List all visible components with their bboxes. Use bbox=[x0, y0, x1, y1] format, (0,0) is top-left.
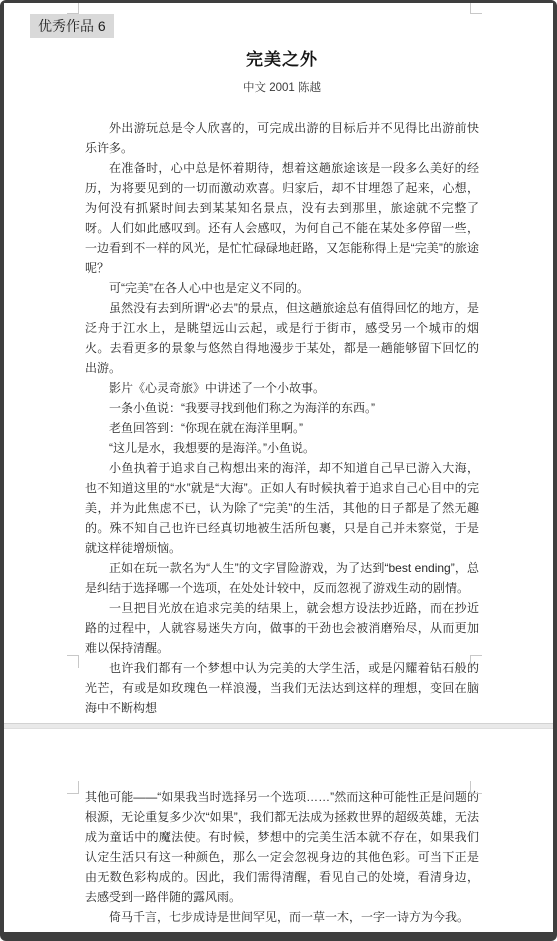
paragraph: “这儿是水，我想要的是海洋。”小鱼说。 bbox=[85, 438, 479, 458]
paragraph: 一条小鱼说：“我要寻找到他们称之为海洋的东西。” bbox=[85, 398, 479, 418]
paragraph: 一旦把目光放在追求完美的结果上，就会想方设法抄近路，而在抄近路的过程中，人就容易… bbox=[85, 598, 479, 658]
paragraph: 倚马千言，七步成诗是世间罕见，而一草一木，一字一诗方为今我。 bbox=[85, 907, 479, 927]
paragraph: 可“完美”在各人心中也是定义不同的。 bbox=[85, 278, 479, 298]
header-tag-row: 优秀作品 6 bbox=[30, 14, 553, 38]
paragraph: 小鱼执着于追求自己构想出来的海洋，却不知道自己早已游入大海，也不知道这里的“水”… bbox=[85, 458, 479, 558]
page-scroll-area[interactable]: 优秀作品 6 完美之外 中文 2001 陈越 外出游玩总是令人欣喜的，可完成出游… bbox=[4, 3, 553, 932]
margin-crop-mark-bottom-right bbox=[470, 655, 482, 668]
margin-crop-mark-top-left bbox=[67, 781, 79, 794]
document-byline: 中文 2001 陈越 bbox=[85, 79, 479, 95]
paragraph-continuation: 其他可能——“如果我当时选择另一个选项……”然而这种可能性正是问题的根源，无论重… bbox=[85, 787, 479, 907]
document-page-2: 其他可能——“如果我当时选择另一个选项……”然而这种可能性正是问题的根源，无论重… bbox=[4, 729, 553, 932]
paragraph: 虽然没有去到所谓“必去”的景点，但这趟旅途总有值得回忆的地方，是泛舟于江水上，是… bbox=[85, 298, 479, 378]
margin-crop-mark-top-right bbox=[470, 3, 482, 14]
document-page-1: 优秀作品 6 完美之外 中文 2001 陈越 外出游玩总是令人欣喜的，可完成出游… bbox=[4, 3, 553, 723]
margin-crop-mark-top-left bbox=[67, 3, 79, 14]
document-screenshot-frame: 优秀作品 6 完美之外 中文 2001 陈越 外出游玩总是令人欣喜的，可完成出游… bbox=[0, 0, 557, 941]
page-1-body: 外出游玩总是令人欣喜的，可完成出游的目标后并不见得比出游前快乐许多。 在准备时，… bbox=[85, 118, 479, 718]
margin-crop-mark-bottom-left bbox=[67, 655, 79, 668]
paragraph: 正如在玩一款名为“人生”的文字冒险游戏，为了达到“best ending”，总是… bbox=[85, 558, 479, 598]
paragraph: 老鱼回答到：“你现在就在海洋里啊。” bbox=[85, 418, 479, 438]
paragraph: 外出游玩总是令人欣喜的，可完成出游的目标后并不见得比出游前快乐许多。 bbox=[85, 118, 479, 158]
paragraph: 在准备时，心中总是怀着期待，想着这趟旅途该是一段多么美好的经历，为将要见到的一切… bbox=[85, 158, 479, 278]
paragraph: 影片《心灵奇旅》中讲述了一个小故事。 bbox=[85, 378, 479, 398]
page-2-body: 其他可能——“如果我当时选择另一个选项……”然而这种可能性正是问题的根源，无论重… bbox=[85, 787, 479, 927]
margin-crop-mark-top-right bbox=[470, 781, 482, 794]
excellent-work-tag: 优秀作品 6 bbox=[30, 14, 114, 38]
paragraph-split-across-pages: 也许我们都有一个梦想中认为完美的大学生活，或是闪耀着钻石般的光芒，有或是如玫瑰色… bbox=[85, 658, 479, 718]
document-title: 完美之外 bbox=[85, 45, 479, 70]
